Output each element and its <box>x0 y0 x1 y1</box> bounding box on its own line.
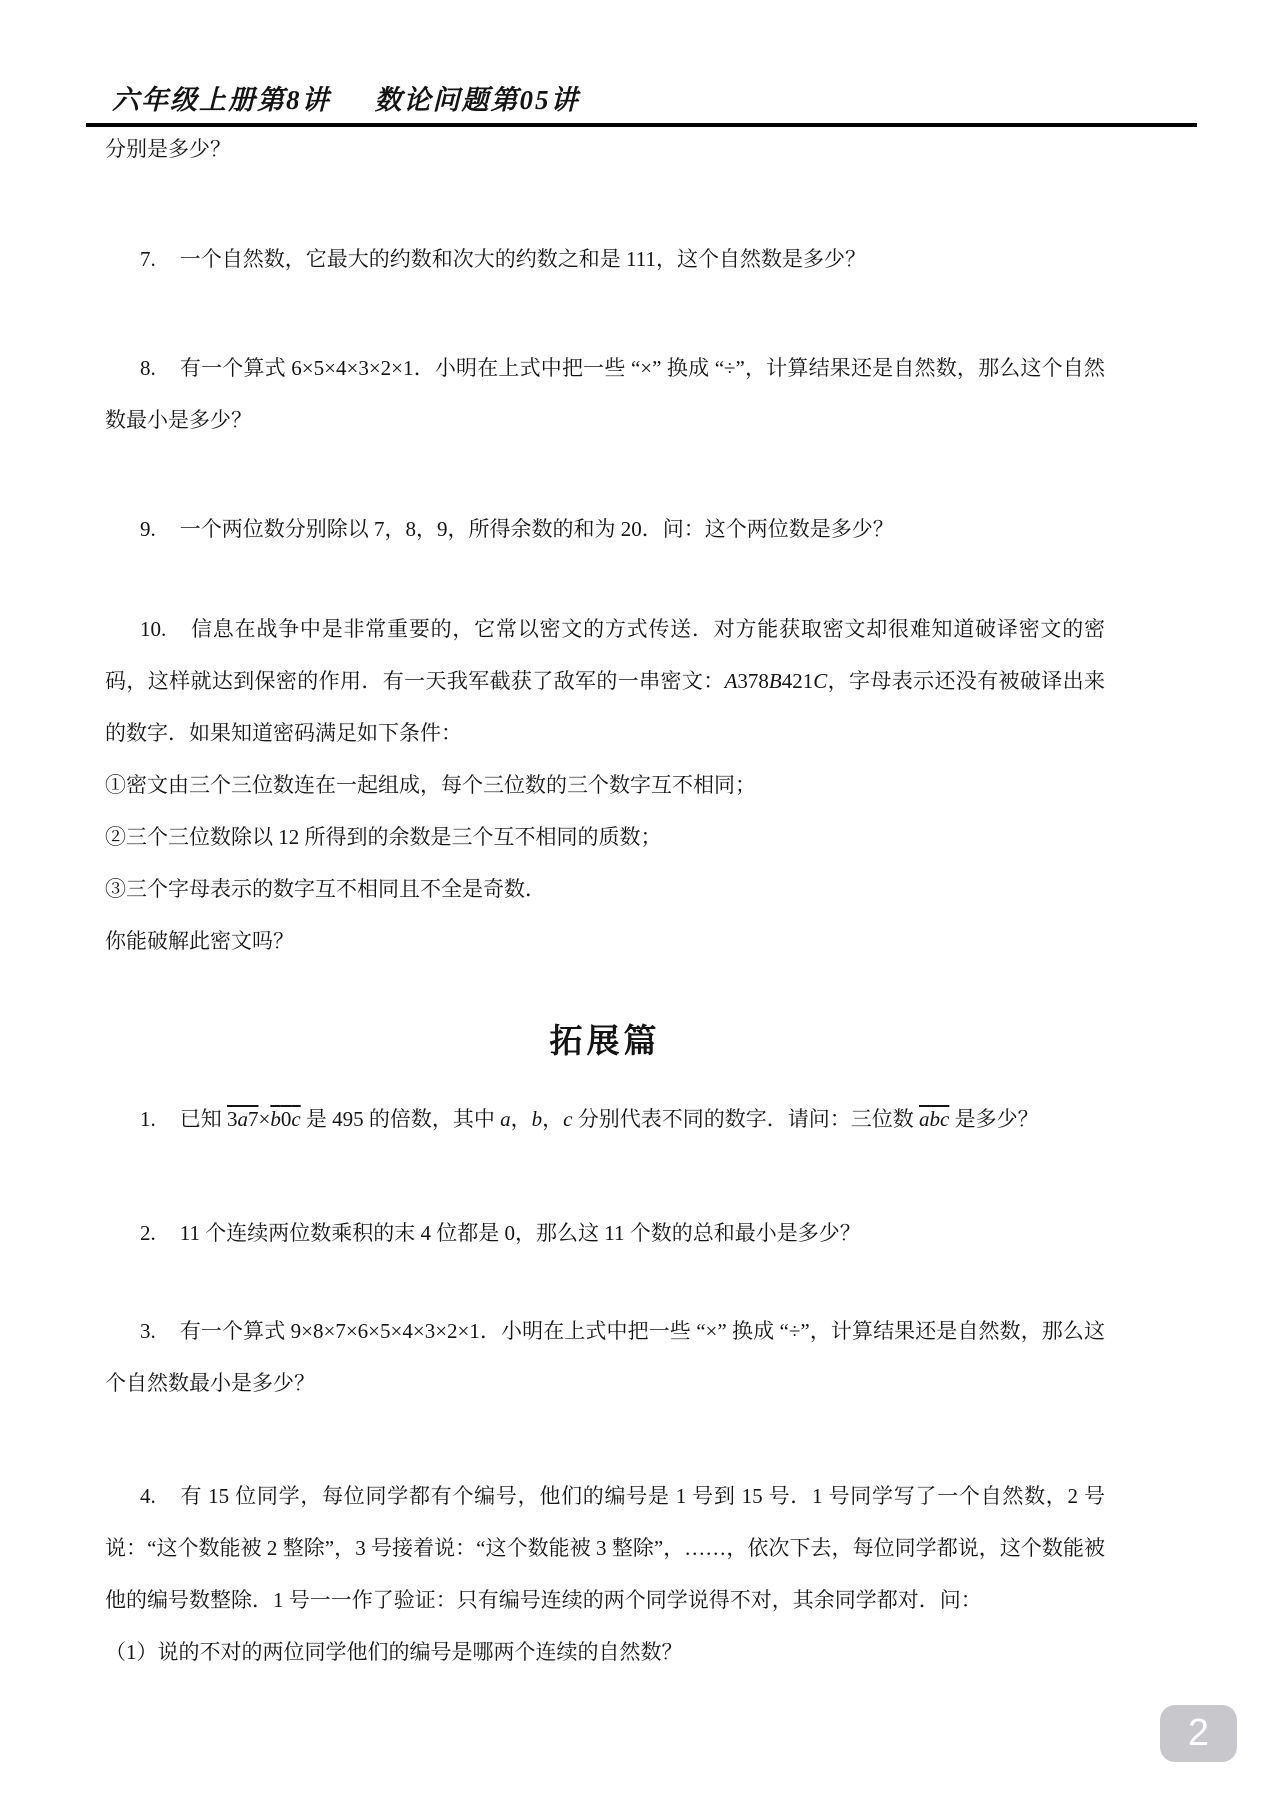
problem-number: 4. <box>140 1484 156 1508</box>
worksheet-page: { "header": { "left": "六年级上册第8讲", "right… <box>0 0 1280 1810</box>
problem-number: 7. <box>140 247 156 271</box>
problem-text: 7.一个自然数，它最大的约数和次大的约数之和是 111，这个自然数是多少？ <box>105 233 1105 285</box>
section-title: 拓展篇 <box>105 1015 1105 1067</box>
problem-text: 1.已知 3a7×b0c 是 495 的倍数，其中 a，b，c 分别代表不同的数… <box>105 1093 1105 1145</box>
problem-text: 2.11 个连续两位数乘积的末 4 位都是 0，那么这 11 个数的总和最小是多… <box>105 1207 1105 1259</box>
closing-question: 你能破解此密文吗？ <box>105 915 1105 967</box>
problem-number: 2. <box>140 1221 156 1245</box>
problem-text: 3.有一个算式 9×8×7×6×5×4×3×2×1．小明在上式中把一些 “×” … <box>105 1305 1105 1409</box>
page-number-badge: 2 <box>1160 1705 1237 1762</box>
problem-10: 10.信息在战争中是非常重要的，它常以密文的方式传送．对方能获取密文却很难知道破… <box>105 603 1105 967</box>
problem-9: 9.一个两位数分别除以 7，8，9，所得余数的和为 20．问：这个两位数是多少？ <box>105 503 1105 555</box>
page-header: 六年级上册第8讲数论问题第05讲 <box>112 78 580 117</box>
problem-text: 9.一个两位数分别除以 7，8，9，所得余数的和为 20．问：这个两位数是多少？ <box>105 503 1105 555</box>
sub-question-1: （1）说的不对的两位同学他们的编号是哪两个连续的自然数？ <box>105 1626 1105 1678</box>
header-course-title: 六年级上册第8讲 <box>112 85 331 115</box>
problem-number: 9. <box>140 517 156 541</box>
problem-text: 4.有 15 位同学，每位同学都有个编号，他们的编号是 1 号到 15 号．1 … <box>105 1470 1105 1626</box>
problem-number: 10. <box>140 617 166 641</box>
extension-problem-2: 2.11 个连续两位数乘积的末 4 位都是 0，那么这 11 个数的总和最小是多… <box>105 1207 1105 1259</box>
problem-number: 1. <box>140 1107 156 1131</box>
intro-continuation-line: 分别是多少？ <box>105 123 1105 175</box>
problem-body: 信息在战争中是非常重要的，它常以密文的方式传送．对方能获取密文却很难知道破译密文… <box>105 617 1105 745</box>
problem-body: 有一个算式 9×8×7×6×5×4×3×2×1．小明在上式中把一些 “×” 换成… <box>105 1319 1105 1395</box>
condition-1: ①密文由三个三位数连在一起组成，每个三位数的三个数字互不相同； <box>105 759 1105 811</box>
problem-body: 一个两位数分别除以 7，8，9，所得余数的和为 20．问：这个两位数是多少？ <box>180 517 894 541</box>
extension-problem-1: 1.已知 3a7×b0c 是 495 的倍数，其中 a，b，c 分别代表不同的数… <box>105 1093 1105 1145</box>
condition-3: ③三个字母表示的数字互不相同且不全是奇数． <box>105 863 1105 915</box>
header-lecture-title: 数论问题第05讲 <box>375 85 580 115</box>
problem-number: 3. <box>140 1319 156 1343</box>
extension-problem-4: 4.有 15 位同学，每位同学都有个编号，他们的编号是 1 号到 15 号．1 … <box>105 1470 1105 1678</box>
problem-7: 7.一个自然数，它最大的约数和次大的约数之和是 111，这个自然数是多少？ <box>105 233 1105 285</box>
problem-text: 10.信息在战争中是非常重要的，它常以密文的方式传送．对方能获取密文却很难知道破… <box>105 603 1105 759</box>
page-number: 2 <box>1188 1712 1209 1755</box>
problem-body: 有一个算式 6×5×4×3×2×1．小明在上式中把一些 “×” 换成 “÷”，计… <box>105 356 1105 432</box>
problem-8: 8.有一个算式 6×5×4×3×2×1．小明在上式中把一些 “×” 换成 “÷”… <box>105 342 1105 446</box>
problem-body: 有 15 位同学，每位同学都有个编号，他们的编号是 1 号到 15 号．1 号同… <box>105 1484 1105 1612</box>
intro-text: 分别是多少？ <box>105 123 1105 175</box>
problem-number: 8. <box>140 356 156 380</box>
problem-body: 11 个连续两位数乘积的末 4 位都是 0，那么这 11 个数的总和最小是多少？ <box>180 1221 861 1245</box>
extension-problem-3: 3.有一个算式 9×8×7×6×5×4×3×2×1．小明在上式中把一些 “×” … <box>105 1305 1105 1409</box>
problem-body: 已知 3a7×b0c 是 495 的倍数，其中 a，b，c 分别代表不同的数字．… <box>180 1107 1039 1131</box>
problem-body: 一个自然数，它最大的约数和次大的约数之和是 111，这个自然数是多少？ <box>180 247 866 271</box>
problem-text: 8.有一个算式 6×5×4×3×2×1．小明在上式中把一些 “×” 换成 “÷”… <box>105 342 1105 446</box>
condition-2: ②三个三位数除以 12 所得到的余数是三个互不相同的质数； <box>105 811 1105 863</box>
